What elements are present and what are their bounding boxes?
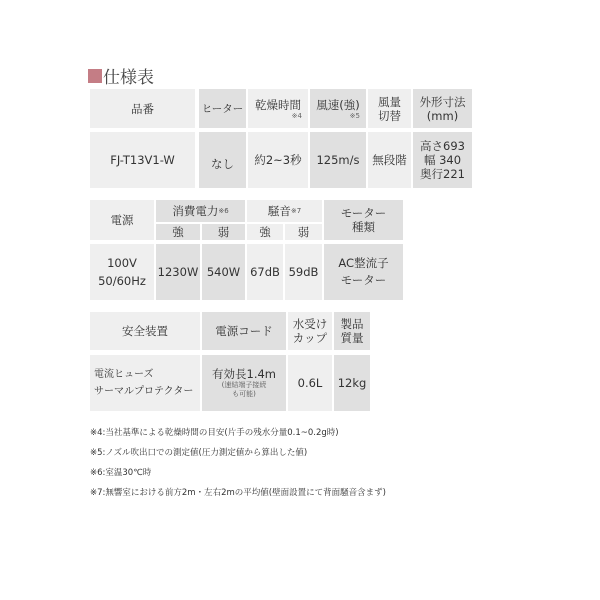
cell-value: 高さ693 — [420, 139, 465, 153]
footnote-ref: ※7 — [291, 204, 301, 218]
footnote-6: ※6:室温30℃時 — [90, 468, 386, 488]
header-cord: 電源コード — [202, 312, 286, 350]
cell-value: 0.6L — [298, 376, 323, 390]
header-label: モーター — [341, 206, 387, 220]
cell-value: 有効長1.4m — [212, 367, 276, 381]
header-label: ヒーター — [202, 102, 244, 116]
header-model: 品番 — [90, 89, 195, 128]
header-noise-weak: 弱 — [285, 224, 322, 240]
cell-power-source: 100V50/60Hz — [90, 244, 154, 300]
header-label: 外形寸法 — [420, 95, 466, 109]
cell-water-cup: 0.6L — [288, 355, 332, 411]
header-label: 弱 — [218, 225, 230, 239]
cell-value: 1230W — [158, 265, 199, 279]
cell-value: 無段階 — [372, 153, 407, 167]
header-consumption: 消費電力※6 — [156, 200, 245, 222]
cell-value: 100V — [107, 254, 137, 272]
header-label: 種類 — [352, 220, 375, 234]
cell-noise-weak: 59dB — [285, 244, 322, 300]
header-label: (mm) — [427, 109, 458, 123]
cell-value: 125m/s — [316, 153, 359, 167]
header-wind-speed: 風速(強)※5 — [310, 89, 366, 128]
cell-wind-speed: 125m/s — [310, 132, 366, 188]
cell-value: なし — [211, 157, 234, 171]
cell-value: 59dB — [289, 265, 319, 279]
footnote-4: ※4:当社基準による乾燥時間の目安(片手の残水分量0.1~0.2g時) — [90, 428, 386, 448]
header-noise: 騒音※7 — [247, 200, 322, 222]
header-dimensions: 外形寸法(mm) — [413, 89, 472, 128]
cell-consumption-strong: 1230W — [156, 244, 200, 300]
header-consumption-weak: 弱 — [202, 224, 245, 240]
header-label: 水受け — [293, 317, 328, 331]
header-label: 切替 — [378, 109, 401, 123]
cell-safety: 電流ヒューズサーマルプロテクター — [90, 355, 200, 411]
header-power-source: 電源 — [90, 200, 154, 240]
header-weight: 製品質量 — [334, 312, 370, 350]
cell-value: 540W — [207, 265, 240, 279]
footnote-7: ※7:無響室における前方2m・左右2mの平均値(壁面設置にて背面騒音含まず) — [90, 488, 386, 508]
title-text: 仕様表 — [103, 63, 154, 88]
header-water-cup: 水受けカップ — [288, 312, 332, 350]
header-label: 電源コード — [215, 324, 273, 338]
header-motor: モーター種類 — [324, 200, 403, 240]
header-label: カップ — [293, 331, 327, 345]
cell-dimensions: 高さ693幅 340奥行221 — [413, 132, 472, 188]
cell-value: 奥行221 — [420, 167, 465, 181]
cell-note: も可能) — [232, 390, 256, 399]
cell-value: 67dB — [250, 265, 280, 279]
section-title: 仕様表 — [88, 63, 154, 88]
header-consumption-strong: 強 — [156, 224, 200, 240]
header-label: 消費電力 — [172, 204, 218, 218]
header-label: 風量 — [378, 95, 401, 109]
footnotes: ※4:当社基準による乾燥時間の目安(片手の残水分量0.1~0.2g時) ※5:ノ… — [90, 428, 386, 508]
cell-airflow: 無段階 — [368, 132, 411, 188]
cell-cord: 有効長1.4m(速結端子接続も可能) — [202, 355, 286, 411]
header-safety: 安全装置 — [90, 312, 200, 350]
cell-heater: なし — [199, 132, 246, 188]
header-label: 強 — [259, 225, 271, 239]
cell-value: 電流ヒューズ — [94, 366, 154, 383]
header-label: 強 — [172, 225, 184, 239]
header-dry-time: 乾燥時間※4 — [248, 89, 308, 128]
cell-model: FJ-T13V1-W — [90, 132, 195, 188]
header-heater: ヒーター — [199, 89, 246, 128]
cell-value: モーター — [341, 272, 387, 289]
header-airflow: 風量切替 — [368, 89, 411, 128]
cell-value: 幅 340 — [424, 153, 461, 167]
header-label: 騒音 — [268, 204, 291, 218]
footnote-ref: ※5 — [350, 112, 360, 120]
cell-value: サーマルプロテクター — [94, 383, 193, 400]
header-label: 品番 — [131, 102, 154, 116]
footnote-5: ※5:ノズル吹出口での測定値(圧力測定値から算出した値) — [90, 448, 386, 468]
header-label: 電源 — [111, 213, 134, 227]
header-label: 質量 — [341, 331, 364, 345]
cell-note: (速結端子接続 — [222, 381, 267, 390]
cell-value: 12kg — [338, 376, 367, 390]
title-marker-icon — [88, 69, 102, 83]
cell-weight: 12kg — [334, 355, 370, 411]
cell-consumption-weak: 540W — [202, 244, 245, 300]
cell-value: AC整流子 — [338, 255, 388, 272]
header-noise-strong: 強 — [247, 224, 283, 240]
header-label: 風速(強) — [316, 98, 359, 112]
footnote-ref: ※4 — [292, 112, 302, 120]
header-label: 弱 — [298, 225, 310, 239]
header-label: 製品 — [341, 317, 364, 331]
header-label: 乾燥時間 — [255, 98, 301, 112]
cell-value: 50/60Hz — [98, 272, 146, 290]
header-label: 安全装置 — [122, 324, 168, 338]
cell-dry-time: 約2~3秒 — [248, 132, 308, 188]
cell-value: FJ-T13V1-W — [110, 153, 175, 167]
footnote-ref: ※6 — [218, 204, 228, 218]
cell-value: 約2~3秒 — [254, 153, 301, 167]
cell-noise-strong: 67dB — [247, 244, 283, 300]
cell-motor: AC整流子モーター — [324, 244, 403, 300]
